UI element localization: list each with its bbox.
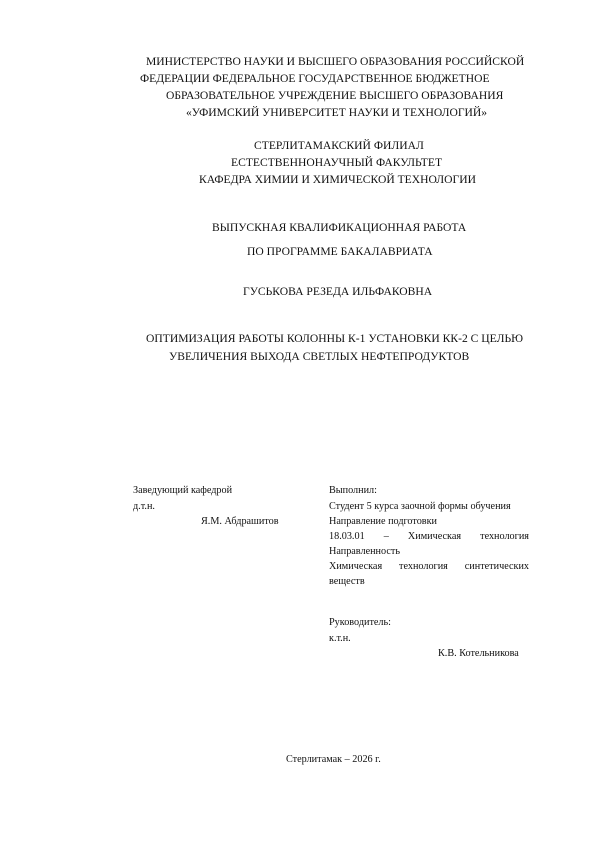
title-page: МИНИСТЕРСТВО НАУКИ И ВЫСШЕГО ОБРАЗОВАНИЯ… [0, 0, 595, 842]
profile-word-2: технология [399, 560, 448, 573]
profile-value-line-2: веществ [329, 575, 365, 588]
header-line-3: ОБРАЗОВАТЕЛЬНОЕ УЧРЕЖДЕНИЕ ВЫСШЕГО ОБРАЗ… [166, 89, 503, 103]
supervisor-name: К.В. Котельникова [438, 647, 519, 660]
direction-dash: – [384, 530, 389, 543]
work-type-line-2: ПО ПРОГРАММЕ БАКАЛАВРИАТА [247, 245, 433, 259]
head-of-department-name: Я.М. Абдрашитов [201, 515, 279, 528]
header-line-1: МИНИСТЕРСТВО НАУКИ И ВЫСШЕГО ОБРАЗОВАНИЯ… [146, 55, 524, 69]
direction-code: 18.03.01 [329, 530, 365, 543]
head-of-department-label: Заведующий кафедрой [133, 484, 232, 497]
faculty-name: ЕСТЕСТВЕННОНАУЧНЫЙ ФАКУЛЬТЕТ [231, 156, 442, 170]
author-name: ГУСЬКОВА РЕЗЕДА ИЛЬФАКОВНА [243, 285, 432, 299]
direction-label: Направление подготовки [329, 515, 437, 528]
thesis-title-line-1: ОПТИМИЗАЦИЯ РАБОТЫ КОЛОННЫ К-1 УСТАНОВКИ… [146, 332, 523, 346]
direction-word-1: Химическая [408, 530, 461, 543]
profile-label: Направленность [329, 545, 400, 558]
profile-word-3: синтетических [465, 560, 529, 573]
work-type-line-1: ВЫПУСКНАЯ КВАЛИФИКАЦИОННАЯ РАБОТА [212, 221, 466, 235]
supervisor-label: Руководитель: [329, 616, 391, 629]
branch-name: СТЕРЛИТАМАКСКИЙ ФИЛИАЛ [254, 139, 424, 153]
header-line-4: «УФИМСКИЙ УНИВЕРСИТЕТ НАУКИ И ТЕХНОЛОГИЙ… [186, 106, 487, 120]
supervisor-degree: к.т.н. [329, 632, 351, 645]
header-line-2: ФЕДЕРАЦИИ ФЕДЕРАЛЬНОЕ ГОСУДАРСТВЕННОЕ БЮ… [140, 72, 490, 86]
city-year: Стерлитамак – 2026 г. [286, 753, 381, 766]
department-name: КАФЕДРА ХИМИИ И ХИМИЧЕСКОЙ ТЕХНОЛОГИИ [199, 173, 476, 187]
direction-word-2: технология [480, 530, 529, 543]
direction-value: 18.03.01 – Химическая технология [329, 530, 529, 543]
profile-word-1: Химическая [329, 560, 382, 573]
head-of-department-degree: д.т.н. [133, 500, 155, 513]
profile-value: Химическая технология синтетических [329, 560, 529, 573]
thesis-title-line-2: УВЕЛИЧЕНИЯ ВЫХОДА СВЕТЛЫХ НЕФТЕПРОДУКТОВ [169, 350, 469, 364]
student-info: Студент 5 курса заочной формы обучения [329, 500, 511, 513]
performer-label: Выполнил: [329, 484, 377, 497]
